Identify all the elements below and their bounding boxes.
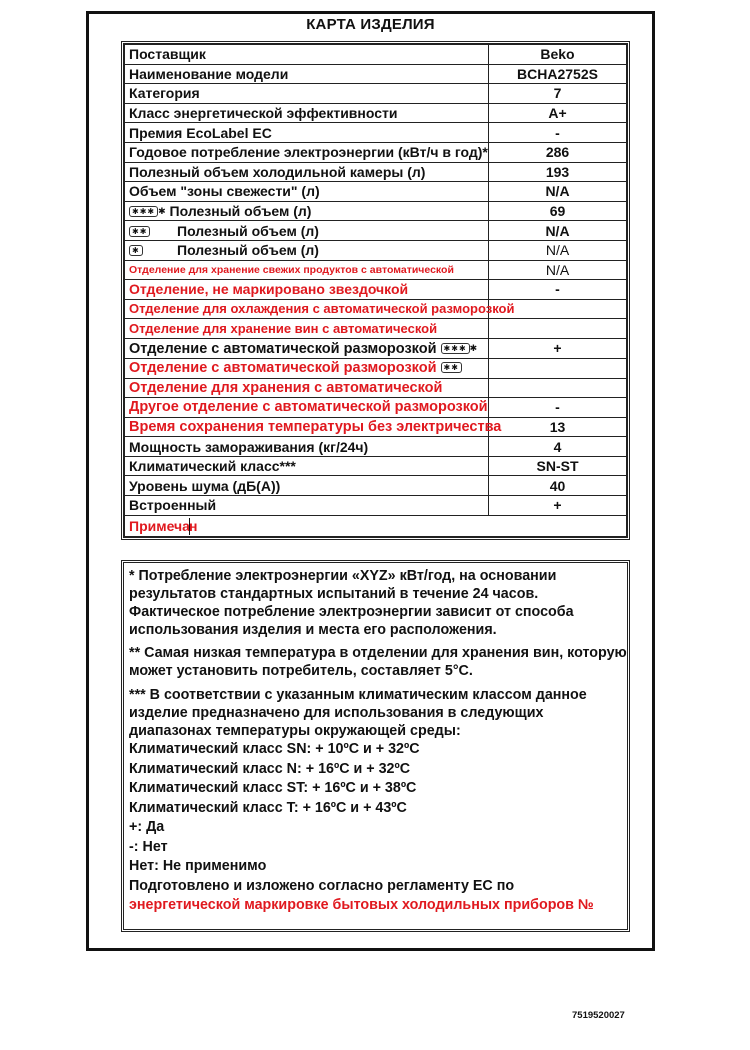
- note-energy-consumption: * Потребление электроэнергии «XYZ» кВт/г…: [124, 567, 627, 639]
- note-line: *** В соответствии с указанным климатиче…: [124, 686, 627, 704]
- note-line: изделие предназначено для использования …: [124, 704, 627, 722]
- row-value-supplier: Beko: [489, 45, 627, 65]
- note-wine-temperature: ** Самая низкая температура в отделении …: [124, 644, 627, 680]
- temperature-rise-time-label-text: Время сохранения температуры без электри…: [129, 419, 501, 435]
- extra-star-icon: ✱: [470, 343, 478, 353]
- table-row: Категория 7: [125, 84, 627, 104]
- row-value-energy-class: A+: [489, 103, 627, 123]
- row-label-noise-level: Уровень шума (дБ(A)): [125, 476, 489, 496]
- row-label-model: Наименование модели: [125, 64, 489, 84]
- one-star-compartment-icon: ✱: [129, 245, 143, 256]
- extra-star-icon: ✱: [158, 206, 166, 216]
- two-star-compartment-icon: ✱✱: [441, 362, 462, 373]
- row-value-annual-energy: 286: [489, 142, 627, 162]
- chill-compartment-label-text: Отделение для охлаждения с автоматическо…: [129, 301, 514, 316]
- note-line: использования изделия и места его распол…: [124, 621, 627, 639]
- two-star-compartment-icon: ✱✱: [129, 226, 150, 237]
- page-title: КАРТА ИЗДЕЛИЯ: [86, 16, 655, 33]
- table-row: Другое отделение с автоматической размор…: [125, 398, 627, 418]
- climate-class-st: Климатический класс ST: + 16ºC и + 38ºC: [124, 779, 627, 799]
- table-row: Примечан: [125, 515, 627, 536]
- regulation-line: Подготовлено и изложено согласно регламе…: [124, 877, 627, 897]
- row-value-freezing-capacity: 4: [489, 437, 627, 457]
- row-label-temperature-rise-time: Время сохранения температуры без электри…: [125, 417, 489, 437]
- table-row: ✱Полезный объем (л) N/A: [125, 240, 627, 260]
- table-row: Отделение, не маркировано звездочкой -: [125, 280, 627, 300]
- table-row: Класс энергетической эффективности A+: [125, 103, 627, 123]
- document-code: 7519520027: [572, 1010, 625, 1021]
- row-value-built-in: +: [489, 496, 627, 516]
- row-label-supplier: Поставщик: [125, 45, 489, 65]
- table-row: Объем "зоны свежести" (л) N/A: [125, 182, 627, 202]
- row-label-auto-defrost-two-star: Отделение с автоматической разморозкой ✱…: [125, 358, 489, 378]
- one-star-volume-label: Полезный объем (л): [177, 242, 319, 258]
- row-value-wine-compartment: [489, 319, 627, 339]
- row-value-climate-class: SN-ST: [489, 456, 627, 476]
- notes-box: * Потребление электроэнергии «XYZ» кВт/г…: [121, 560, 630, 932]
- row-label-fridge-volume: Полезный объем холодильной камеры (л): [125, 162, 489, 182]
- table-row: Мощность замораживания (кг/24ч) 4: [125, 437, 627, 457]
- row-value-other-compartment: -: [489, 398, 627, 418]
- row-label-storage-compartment: Отделение для хранения с автоматической: [125, 378, 489, 398]
- climate-class-sn: Климатический класс SN: + 10ºC и + 32ºC: [124, 740, 627, 760]
- row-label-chill-compartment: Отделение для охлаждения с автоматическо…: [125, 299, 489, 319]
- row-value-fresh-food-compartment: N/A: [489, 260, 627, 280]
- row-label-one-star-volume: ✱Полезный объем (л): [125, 240, 489, 260]
- row-value-storage-compartment: [489, 378, 627, 398]
- row-label-other-compartment: Другое отделение с автоматической размор…: [125, 398, 489, 418]
- note-line: ** Самая низкая температура в отделении …: [124, 644, 627, 662]
- four-star-compartment-icon: ✱✱✱: [441, 343, 470, 354]
- row-value-ecolabel: -: [489, 123, 627, 143]
- row-label-note: Примечан: [125, 515, 627, 536]
- row-label-auto-defrost-four-star: Отделение с автоматической разморозкой ✱…: [125, 338, 489, 358]
- table-row: Поставщик Beko: [125, 45, 627, 65]
- climate-class-n: Климатический класс N: + 16ºC и + 32ºC: [124, 760, 627, 780]
- row-value-fridge-volume: 193: [489, 162, 627, 182]
- table-row: ✱✱Полезный объем (л) N/A: [125, 221, 627, 241]
- row-value-unstarred-compartment: -: [489, 280, 627, 300]
- note-line: диапазонах температуры окружающей среды:: [124, 722, 627, 740]
- row-value-one-star-volume: N/A: [489, 240, 627, 260]
- note-line: может установить потребитель, составляет…: [124, 662, 627, 680]
- table-row: Климатический класс*** SN-ST: [125, 456, 627, 476]
- row-label-built-in: Встроенный: [125, 496, 489, 516]
- row-label-four-star-volume: ✱✱✱✱ Полезный объем (л): [125, 201, 489, 221]
- table-row: Уровень шума (дБ(A)) 40: [125, 476, 627, 496]
- note-label-part1: Примеча: [129, 518, 190, 534]
- row-value-auto-defrost-two-star: [489, 358, 627, 378]
- climate-class-t: Климатический класс T: + 16ºC и + 43ºC: [124, 799, 627, 819]
- row-value-two-star-volume: N/A: [489, 221, 627, 241]
- row-label-fresh-food-compartment: Отделение для хранение свежих продуктов …: [125, 260, 489, 280]
- row-label-climate-class: Климатический класс***: [125, 456, 489, 476]
- two-star-volume-label: Полезный объем (л): [177, 223, 319, 239]
- note-line: * Потребление электроэнергии «XYZ» кВт/г…: [124, 567, 627, 585]
- row-label-freshness-zone: Объем "зоны свежести" (л): [125, 182, 489, 202]
- table-row: Встроенный +: [125, 496, 627, 516]
- legend-not-applicable: Нет: Не применимо: [124, 857, 627, 877]
- row-value-noise-level: 40: [489, 476, 627, 496]
- legend-yes: +: Да: [124, 818, 627, 838]
- row-label-freezing-capacity: Мощность замораживания (кг/24ч): [125, 437, 489, 457]
- row-value-temperature-rise-time: 13: [489, 417, 627, 437]
- legend-no: -: Нет: [124, 838, 627, 858]
- note-line: Фактическое потребление электроэнергии з…: [124, 603, 627, 621]
- table-row: Отделение с автоматической разморозкой ✱…: [125, 338, 627, 358]
- table-row: Премия EcoLabel ЕС -: [125, 123, 627, 143]
- legend: +: Да -: Нет Нет: Не применимо: [124, 818, 627, 877]
- table-row: Отделение для хранение свежих продуктов …: [125, 260, 627, 280]
- row-value-freshness-zone: N/A: [489, 182, 627, 202]
- note-line: результатов стандартных испытаний в тече…: [124, 585, 627, 603]
- regulation-line-highlighted: энергетической маркировке бытовых холоди…: [124, 896, 627, 916]
- auto-defrost-two-star-label: Отделение с автоматической разморозкой: [129, 360, 437, 376]
- row-value-model: BCHA2752S: [489, 64, 627, 84]
- table-row: Годовое потребление электроэнергии (кВт/…: [125, 142, 627, 162]
- note-climate-class: *** В соответствии с указанным климатиче…: [124, 686, 627, 818]
- table-row: Отделение для хранения с автоматической: [125, 378, 627, 398]
- row-label-category: Категория: [125, 84, 489, 104]
- annual-energy-label-text: Годовое потребление электроэнергии (кВт/…: [129, 144, 488, 160]
- row-value-category: 7: [489, 84, 627, 104]
- spec-table: Поставщик Beko Наименование модели BCHA2…: [121, 41, 630, 540]
- table-row: Отделение для хранение вин с автоматичес…: [125, 319, 627, 339]
- note-label-part2: н: [189, 518, 197, 534]
- table-row: ✱✱✱✱ Полезный объем (л) 69: [125, 201, 627, 221]
- row-label-wine-compartment: Отделение для хранение вин с автоматичес…: [125, 319, 489, 339]
- auto-defrost-four-star-label: Отделение с автоматической разморозкой: [129, 341, 437, 357]
- row-label-unstarred-compartment: Отделение, не маркировано звездочкой: [125, 280, 489, 300]
- table-row: Время сохранения температуры без электри…: [125, 417, 627, 437]
- table-row: Наименование модели BCHA2752S: [125, 64, 627, 84]
- row-label-energy-class: Класс энергетической эффективности: [125, 103, 489, 123]
- table-row: Полезный объем холодильной камеры (л) 19…: [125, 162, 627, 182]
- four-star-compartment-icon: ✱✱✱: [129, 206, 158, 217]
- row-label-annual-energy: Годовое потребление электроэнергии (кВт/…: [125, 142, 489, 162]
- four-star-volume-label: Полезный объем (л): [170, 203, 312, 219]
- row-label-two-star-volume: ✱✱Полезный объем (л): [125, 221, 489, 241]
- row-value-four-star-volume: 69: [489, 201, 627, 221]
- row-value-auto-defrost-four-star: +: [489, 338, 627, 358]
- table-row: Отделение с автоматической разморозкой ✱…: [125, 358, 627, 378]
- row-label-ecolabel: Премия EcoLabel ЕС: [125, 123, 489, 143]
- table-row: Отделение для охлаждения с автоматическо…: [125, 299, 627, 319]
